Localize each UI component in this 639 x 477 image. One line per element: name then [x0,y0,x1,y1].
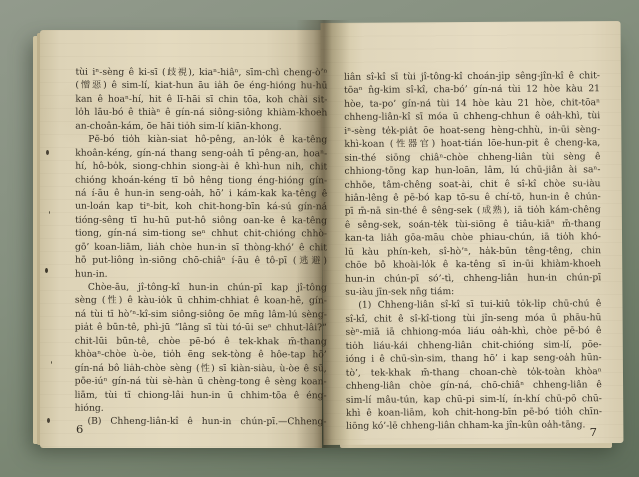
text-line: kan-ta lia̍h gōa-māu chòe phiau-chún, iā… [345,230,601,245]
text-line: (憎惡) ê sim-lí, kiat-hun āu ia̍h ōe éng-h… [75,79,327,93]
text-line: chheng-liân chòe gín-ná, chō-chiâⁿ chhen… [346,378,602,393]
text-line: tōaⁿ n̂g-kim sî-kî, cha-bó’ gín-ná tùi 1… [344,83,600,98]
text-line: hí, hô-bo̍k, siong-chhin siong-ài ê khì-… [75,160,327,174]
text-line: tióng-sêng tī hu-hū put-hô siông oan-ke … [75,213,327,227]
text-line: khoân-kéng, gín-ná thang seng-oa̍h tī pê… [75,146,327,160]
page-left-text: tùi iⁿ-sèng ê ki-sī (歧視), kiaⁿ-hiâⁿ, sīm… [75,66,328,429]
text-line: sèⁿ-miā iā chhiong-móa liáu oa̍h-khì, ch… [345,325,601,340]
text-line: (1) Chheng-liân sî-kî sī tui-kiû to̍k-li… [345,298,601,313]
text-line: chōe bô khoài-lo̍k ê ka-têng sī in-ūi kh… [345,257,601,272]
text-line: tùi iⁿ-sèng ê ki-sī (歧視), kiaⁿ-hiâⁿ, sīm… [75,66,327,80]
text-line: chióng khoán-kéng tī bô hêng tiong éng-h… [75,173,327,187]
text-line: Pē-bó tio̍h kiàn-siat hô-pêng, an-lo̍k ê… [75,133,327,147]
paper-stain-specks [46,150,49,155]
text-line: un-loán kap tiⁿ-bi̍t, koh chit-hong-bīn … [75,200,327,214]
text-line: pī m̄-nā sin-thé ê sêng-sek (成熟), iā tio… [345,204,601,219]
text-line: ióng i ê chū-sìn-sim, thang hō’ i kap se… [346,351,602,366]
page-number-right: 7 [345,425,597,439]
text-line: chhiong-tōng kap hun-loān, lâm, lú chū-j… [344,163,600,178]
text-line: hióng. [75,402,327,416]
page-left-lines: tùi iⁿ-sèng ê ki-sī (歧視), kiaⁿ-hiâⁿ, sīm… [75,66,328,429]
page-number-left: 6 [76,422,83,436]
text-line: khòaⁿ-chòe ù-òe, tio̍h ēng sek-tòng ê hô… [75,348,327,362]
text-line: gín-ná bô lia̍h-chòe sèng (性) sī kiàn-si… [75,361,327,375]
text-line: ná tùi tī hò’ⁿ-kî-sim siông-siông ōe mn̄… [75,308,327,322]
text-line: gō’ koan-liām, lia̍h chòe hun-in sī thòn… [75,240,327,254]
text-line: chit-lūi būn-tê, chòe pē-bó ê tek-khak m… [75,334,327,348]
text-line: Chòe-āu, jî-tông-kî hun-in chún-pī kap j… [75,281,327,295]
text-line: pōe-iúⁿ gín-ná tùi sè-hàn ū chèng-tong ê… [75,375,327,389]
text-line: sèng (性) ê kàu-io̍k ū chhim-chhiat ê koa… [75,294,327,308]
text-line: khì-koan (性器官) hoat-tián lōe-hun-pit ê c… [344,136,600,151]
text-line: an-choân-kám, ōe hāi tio̍h sim-lí kiān-k… [75,119,327,133]
text-line: kan ê hoaⁿ-hí, hit ê lī-hāi sī chin tōa,… [75,93,327,107]
text-line: lo̍h lāu-bó ê thiàⁿ ê gín-ná siông-siông… [75,106,327,120]
text-line: hō put-liông ìn-siōng chō-chiâⁿ í-āu ê t… [75,254,327,268]
page-right-lines: liân sî-kî sī tùi jî-tông-kî choán-ji̍p … [344,69,602,433]
text-line: hun-in. [75,267,327,281]
text-line: (B) Chheng-liân-kî ê hun-in chún-pī.—Chh… [75,415,327,429]
book-photo-scene: tùi iⁿ-sèng ê ki-sī (歧視), kiaⁿ-hiâⁿ, sīm… [0,0,639,477]
text-line: hun-in chún-pī só’-tì, chheng-liân hun-i… [345,271,601,286]
text-line: pia̍t ê būn-tê, phì-jū “lâng sī tùi tó-ū… [75,321,327,335]
text-line: chheng-liân-kî sī móa ū chheng-chhun ê o… [344,110,600,125]
text-line: ná í-āu ê hun-in seng-oa̍h, hō’ i kám-ka… [75,187,327,201]
text-line: tiong, gín-ná sim-tiong seⁿ chhut chit-c… [75,227,327,241]
text-line: liām, tùi tī chiong-lâi hun-in ū chhim-t… [75,388,327,402]
page-right-text: liân sî-kî sī tùi jî-tông-kî choán-ji̍p … [344,69,602,433]
